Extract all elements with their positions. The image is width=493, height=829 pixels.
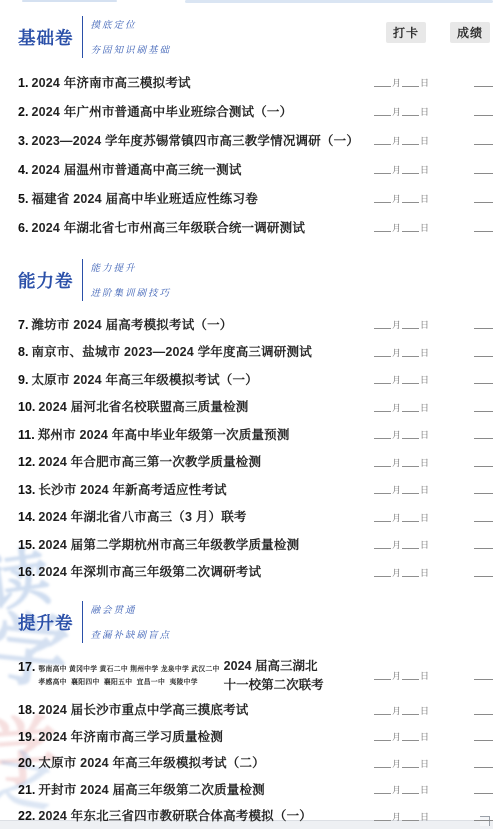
checkin-date-blank[interactable]: 月 日 — [374, 373, 464, 384]
item-number: 16. — [18, 565, 35, 579]
paper-row-main: 8. 南京市、盐城市 2023—2024 学年度高三调研测试 — [18, 342, 356, 360]
day-label: 日 — [420, 79, 429, 88]
score-blank-line[interactable] — [474, 483, 493, 494]
paper-row-main: 12. 2024 年合肥市高三第一次教学质量检测 — [18, 452, 356, 470]
paper-row-main: 10. 2024 届河北省名校联盟高三质量检测 — [18, 397, 356, 415]
section: 能力卷 能力提升 进阶集训刷技巧 7. 潍坊市 2024 届高考模拟考试（一） … — [18, 257, 483, 585]
day-label: 日 — [420, 195, 429, 204]
score-blank[interactable] — [474, 757, 493, 768]
month-blank-line[interactable] — [374, 221, 391, 232]
month-label: 月 — [392, 404, 401, 413]
section: 基础卷 摸底定位 夯固知识刷基础 1. 2024 年济南市高三模拟考试 月 日 … — [18, 14, 483, 241]
item-number: 17. — [18, 660, 35, 674]
score-blank[interactable] — [474, 483, 493, 494]
day-blank-line[interactable] — [402, 373, 419, 384]
month-label: 月 — [392, 733, 401, 742]
score-blank[interactable] — [474, 428, 493, 439]
section: 提升卷 融会贯通 查漏补缺刷盲点 17. 鄂南高中 黄冈中学 黄石二中 荆州中学… — [18, 599, 483, 829]
day-label: 日 — [420, 707, 429, 716]
section-title: 提升卷 — [18, 610, 82, 635]
paper-row: 7. 潍坊市 2024 届高考模拟考试（一） 月 日 — [18, 310, 483, 338]
score-blank[interactable] — [474, 783, 493, 794]
day-blank-line[interactable] — [402, 401, 419, 412]
month-label: 月 — [392, 672, 401, 681]
paper-row-main: 15. 2024 届第二学期杭州市高三年级教学质量检测 — [18, 535, 356, 553]
item-title-multiline: 鄂南高中 黄冈中学 黄石二中 荆州中学 龙泉中学 武汉二中 孝感高中 襄阳四中 … — [38, 656, 323, 693]
paper-row: 5. 福建省 2024 届高中毕业班适应性练习卷 月 日 — [18, 183, 483, 212]
paper-row: 1. 2024 年济南市高三模拟考试 月 日 — [18, 67, 483, 96]
score-blank-line[interactable] — [474, 566, 493, 577]
paper-row-main: 3. 2023—2024 学年度苏锡常镇四市高三教学情况调研（一） — [18, 131, 356, 149]
score-blank-line[interactable] — [474, 456, 493, 467]
checkin-column-badge: 打卡 — [386, 22, 426, 43]
item-number: 18. — [18, 703, 35, 717]
day-label: 日 — [420, 166, 429, 175]
checkin-date-blank[interactable]: 月 日 — [374, 456, 464, 467]
score-blank[interactable] — [474, 669, 493, 680]
month-blank-line[interactable] — [374, 105, 391, 116]
day-label: 日 — [420, 514, 429, 523]
score-blank-line[interactable] — [474, 757, 493, 768]
contents-page: 打卡 成绩 基础卷 摸底定位 夯固知识刷基础 1. 2024 年济南市高三模拟考… — [0, 0, 493, 829]
month-blank-line[interactable] — [374, 704, 391, 715]
paper-list: 基础卷 摸底定位 夯固知识刷基础 1. 2024 年济南市高三模拟考试 月 日 … — [18, 14, 483, 829]
month-blank-line[interactable] — [374, 538, 391, 549]
item-title: 2024 年东北三省四市教研联合体高考模拟（一） — [38, 806, 312, 824]
school-list: 鄂南高中 黄冈中学 黄石二中 荆州中学 龙泉中学 武汉二中 孝感高中 襄阳四中 … — [38, 663, 219, 686]
day-blank-line[interactable] — [402, 192, 419, 203]
paper-row: 9. 太原市 2024 年高三年级模拟考试（一） 月 日 — [18, 365, 483, 393]
section-taglines: 融会贯通 查漏补缺刷盲点 — [82, 601, 172, 643]
score-blank-line[interactable] — [474, 810, 493, 821]
score-blank-line[interactable] — [474, 511, 493, 522]
score-blank-line[interactable] — [474, 76, 493, 87]
paper-row-main: 14. 2024 年湖北省八市高三（3 月）联考 — [18, 507, 356, 525]
day-label: 日 — [420, 321, 429, 330]
item-title: 2024 届温州市普通高中高三统一测试 — [31, 160, 241, 178]
month-blank-line[interactable] — [374, 192, 391, 203]
paper-row: 11. 郑州市 2024 年高中毕业年级第一次质量预测 月 日 — [18, 420, 483, 448]
score-blank-line[interactable] — [474, 704, 493, 715]
paper-row: 18. 2024 届长沙市重点中学高三摸底考试 月 日 — [18, 696, 483, 723]
checkin-date-blank[interactable]: 月 日 — [374, 483, 464, 494]
item-number: 14. — [18, 510, 35, 524]
month-blank-line[interactable] — [374, 566, 391, 577]
section-header: 能力卷 能力提升 进阶集训刷技巧 — [18, 257, 483, 303]
score-blank[interactable] — [474, 730, 493, 741]
item-number: 8. — [18, 345, 28, 359]
paper-row-main: 4. 2024 届温州市普通高中高三统一测试 — [18, 160, 356, 178]
day-blank-line[interactable] — [402, 134, 419, 145]
score-blank-line[interactable] — [474, 538, 493, 549]
month-label: 月 — [392, 486, 401, 495]
item-number: 3. — [18, 134, 28, 148]
item-number: 5. — [18, 192, 28, 206]
month-label: 月 — [392, 349, 401, 358]
day-label: 日 — [420, 349, 429, 358]
section-taglines: 能力提升 进阶集训刷技巧 — [82, 259, 172, 301]
checkin-date-blank[interactable]: 月 日 — [374, 163, 464, 174]
month-blank-line[interactable] — [374, 373, 391, 384]
checkin-date-blank[interactable]: 月 日 — [374, 669, 464, 680]
month-label: 月 — [392, 786, 401, 795]
day-blank-line[interactable] — [402, 566, 419, 577]
day-label: 日 — [420, 404, 429, 413]
column-header: 打卡 成绩 — [0, 22, 493, 42]
score-blank[interactable] — [474, 373, 493, 384]
checkin-date-blank[interactable]: 月 日 — [374, 318, 464, 329]
paper-row: 12. 2024 年合肥市高三第一次教学质量检测 月 日 — [18, 448, 483, 476]
item-title: 南京市、盐城市 2023—2024 学年度高三调研测试 — [31, 342, 311, 360]
score-blank[interactable] — [474, 134, 493, 145]
paper-row: 15. 2024 届第二学期杭州市高三年级教学质量检测 月 日 — [18, 530, 483, 558]
item-title: 2024 年合肥市高三第一次教学质量检测 — [38, 452, 261, 470]
day-label: 日 — [420, 224, 429, 233]
section-title: 能力卷 — [18, 268, 82, 293]
paper-row-main: 16. 2024 年深圳市高三年级第二次调研考试 — [18, 562, 356, 580]
item-title: 2024 年济南市高三模拟考试 — [31, 73, 190, 91]
score-blank[interactable] — [474, 221, 493, 232]
paper-row: 13. 长沙市 2024 年新高考适应性考试 月 日 — [18, 475, 483, 503]
paper-row: 3. 2023—2024 学年度苏锡常镇四市高三教学情况调研（一） 月 日 — [18, 125, 483, 154]
day-blank-line[interactable] — [402, 483, 419, 494]
month-blank-line[interactable] — [374, 483, 391, 494]
month-label: 月 — [392, 514, 401, 523]
day-label: 日 — [420, 376, 429, 385]
score-blank[interactable] — [474, 456, 493, 467]
day-blank-line[interactable] — [402, 428, 419, 439]
paper-row: 22. 2024 年东北三省四市教研联合体高考模拟（一） 月 日 — [18, 802, 483, 829]
paper-row-main: 17. 鄂南高中 黄冈中学 黄石二中 荆州中学 龙泉中学 武汉二中 孝感高中 襄… — [18, 656, 356, 693]
month-label: 月 — [392, 813, 401, 822]
day-label: 日 — [420, 431, 429, 440]
item-title: 2024 届长沙市重点中学高三摸底考试 — [38, 700, 248, 718]
day-blank-line[interactable] — [402, 511, 419, 522]
item-number: 22. — [18, 809, 35, 823]
item-number: 21. — [18, 783, 35, 797]
paper-row-main: 18. 2024 届长沙市重点中学高三摸底考试 — [18, 700, 356, 718]
item-title: 潍坊市 2024 届高考模拟考试（一） — [31, 315, 232, 333]
month-blank-line[interactable] — [374, 511, 391, 522]
section-tagline-1: 能力提升 — [91, 260, 172, 274]
checkin-date-blank[interactable]: 月 日 — [374, 757, 464, 768]
big-line-1: 2024 届高三湖北 — [224, 656, 324, 674]
schools-line-1: 鄂南高中 黄冈中学 黄石二中 荆州中学 龙泉中学 武汉二中 — [38, 663, 219, 673]
item-title: 郑州市 2024 年高中毕业年级第一次质量预测 — [38, 425, 290, 443]
month-blank-line[interactable] — [374, 163, 391, 174]
score-blank-line[interactable] — [474, 401, 493, 412]
item-number: 13. — [18, 483, 35, 497]
score-blank-line[interactable] — [474, 669, 493, 680]
paper-row-main: 6. 2024 年湖北省七市州高三年级联合统一调研测试 — [18, 218, 356, 236]
day-label: 日 — [420, 786, 429, 795]
month-label: 月 — [392, 321, 401, 330]
score-blank-line[interactable] — [474, 105, 493, 116]
checkin-date-blank[interactable]: 月 日 — [374, 704, 464, 715]
checkin-date-blank[interactable]: 月 日 — [374, 192, 464, 203]
score-blank[interactable] — [474, 810, 493, 821]
big-line-2: 十一校第二次联考 — [224, 675, 324, 693]
month-blank-line[interactable] — [374, 730, 391, 741]
month-blank-line[interactable] — [374, 318, 391, 329]
day-blank-line[interactable] — [402, 456, 419, 467]
day-label: 日 — [420, 733, 429, 742]
score-blank[interactable] — [474, 76, 493, 87]
month-label: 月 — [392, 541, 401, 550]
checkin-date-blank[interactable]: 月 日 — [374, 428, 464, 439]
score-blank-line[interactable] — [474, 163, 493, 174]
checkin-date-blank[interactable]: 月 日 — [374, 538, 464, 549]
score-blank-line[interactable] — [474, 318, 493, 329]
paper-row-main: 22. 2024 年东北三省四市教研联合体高考模拟（一） — [18, 806, 356, 824]
paper-row: 2. 2024 年广州市普通高中毕业班综合测试（一） 月 日 — [18, 96, 483, 125]
month-label: 月 — [392, 224, 401, 233]
item-title: 福建省 2024 届高中毕业班适应性练习卷 — [31, 189, 257, 207]
item-title: 开封市 2024 届高三年级第二次质量检测 — [38, 780, 264, 798]
item-title: 2024 年湖北省七市州高三年级联合统一调研测试 — [31, 218, 305, 236]
score-blank-line[interactable] — [474, 730, 493, 741]
item-title: 2024 年深圳市高三年级第二次调研考试 — [38, 562, 261, 580]
section-items: 7. 潍坊市 2024 届高考模拟考试（一） 月 日 8. 南京市、盐城市 20… — [18, 310, 483, 585]
item-title: 太原市 2024 年高三年级模拟考试（二） — [38, 753, 264, 771]
month-blank-line[interactable] — [374, 76, 391, 87]
day-blank-line[interactable] — [402, 783, 419, 794]
item-title: 长沙市 2024 年新高考适应性考试 — [38, 480, 226, 498]
paper-row: 16. 2024 年深圳市高三年级第二次调研考试 月 日 — [18, 558, 483, 586]
month-label: 月 — [392, 137, 401, 146]
day-label: 日 — [420, 813, 429, 822]
month-label: 月 — [392, 459, 401, 468]
item-number: 20. — [18, 756, 35, 770]
day-label: 日 — [420, 760, 429, 769]
day-blank-line[interactable] — [402, 105, 419, 116]
item-title: 太原市 2024 年高三年级模拟考试（一） — [31, 370, 257, 388]
day-label: 日 — [420, 672, 429, 681]
item-number: 12. — [18, 455, 35, 469]
item-title: 2024 届第二学期杭州市高三年级教学质量检测 — [38, 535, 299, 553]
month-blank-line[interactable] — [374, 346, 391, 357]
paper-row-main: 20. 太原市 2024 年高三年级模拟考试（二） — [18, 753, 356, 771]
score-blank[interactable] — [474, 163, 493, 174]
day-blank-line[interactable] — [402, 730, 419, 741]
score-blank-line[interactable] — [474, 221, 493, 232]
paper-row: 8. 南京市、盐城市 2023—2024 学年度高三调研测试 月 日 — [18, 338, 483, 366]
day-blank-line[interactable] — [402, 346, 419, 357]
month-blank-line[interactable] — [374, 456, 391, 467]
item-number: 15. — [18, 538, 35, 552]
item-number: 9. — [18, 373, 28, 387]
paper-row: 6. 2024 年湖北省七市州高三年级联合统一调研测试 月 日 — [18, 212, 483, 241]
month-label: 月 — [392, 760, 401, 769]
checkin-date-blank[interactable]: 月 日 — [374, 730, 464, 741]
day-label: 日 — [420, 137, 429, 146]
month-blank-line[interactable] — [374, 669, 391, 680]
month-blank-line[interactable] — [374, 428, 391, 439]
month-label: 月 — [392, 431, 401, 440]
item-title: 2024 届河北省名校联盟高三质量检测 — [38, 397, 248, 415]
score-blank[interactable] — [474, 346, 493, 357]
day-label: 日 — [420, 108, 429, 117]
paper-row: 14. 2024 年湖北省八市高三（3 月）联考 月 日 — [18, 503, 483, 531]
paper-row-main: 1. 2024 年济南市高三模拟考试 — [18, 73, 356, 91]
month-label: 月 — [392, 195, 401, 204]
score-blank-line[interactable] — [474, 192, 493, 203]
paper-row: 21. 开封市 2024 届高三年级第二次质量检测 月 日 — [18, 776, 483, 803]
paper-row-main: 7. 潍坊市 2024 届高考模拟考试（一） — [18, 315, 356, 333]
score-blank[interactable] — [474, 192, 493, 203]
item-number: 1. — [18, 76, 28, 90]
schools-line-2: 孝感高中 襄阳四中 襄阳五中 宜昌一中 夷陵中学 — [38, 676, 219, 686]
paper-row: 10. 2024 届河北省名校联盟高三质量检测 月 日 — [18, 393, 483, 421]
section-items: 1. 2024 年济南市高三模拟考试 月 日 2. 2024 年广州市普通高中毕… — [18, 67, 483, 241]
section-tagline-1: 融会贯通 — [91, 602, 172, 616]
month-blank-line[interactable] — [374, 757, 391, 768]
day-blank-line[interactable] — [402, 163, 419, 174]
month-label: 月 — [392, 376, 401, 385]
score-blank[interactable] — [474, 105, 493, 116]
item-number: 19. — [18, 730, 35, 744]
day-label: 日 — [420, 569, 429, 578]
item-title-big: 2024 届高三湖北 十一校第二次联考 — [224, 656, 324, 693]
section-tagline-2: 查漏补缺刷盲点 — [91, 627, 172, 641]
section-tagline-2: 进阶集训刷技巧 — [91, 285, 172, 299]
month-blank-line[interactable] — [374, 783, 391, 794]
score-blank[interactable] — [474, 704, 493, 715]
paper-row: 20. 太原市 2024 年高三年级模拟考试（二） 月 日 — [18, 749, 483, 776]
day-blank-line[interactable] — [402, 810, 419, 821]
day-blank-line[interactable] — [402, 757, 419, 768]
paper-row-main: 2. 2024 年广州市普通高中毕业班综合测试（一） — [18, 102, 356, 120]
paper-row: 17. 鄂南高中 黄冈中学 黄石二中 荆州中学 龙泉中学 武汉二中 孝感高中 襄… — [18, 652, 483, 696]
paper-row-main: 11. 郑州市 2024 年高中毕业年级第一次质量预测 — [18, 425, 356, 443]
score-blank[interactable] — [474, 318, 493, 329]
day-blank-line[interactable] — [402, 669, 419, 680]
month-label: 月 — [392, 79, 401, 88]
checkin-date-blank[interactable]: 月 日 — [374, 566, 464, 577]
item-number: 4. — [18, 163, 28, 177]
score-blank-line[interactable] — [474, 134, 493, 145]
checkin-date-blank[interactable]: 月 日 — [374, 76, 464, 87]
checkin-date-blank[interactable]: 月 日 — [374, 401, 464, 412]
score-blank-line[interactable] — [474, 428, 493, 439]
month-label: 月 — [392, 569, 401, 578]
item-number: 6. — [18, 221, 28, 235]
item-number: 2. — [18, 105, 28, 119]
month-blank-line[interactable] — [374, 401, 391, 412]
month-label: 月 — [392, 166, 401, 175]
checkin-date-blank[interactable]: 月 日 — [374, 105, 464, 116]
section-header: 提升卷 融会贯通 查漏补缺刷盲点 — [18, 599, 483, 645]
checkin-date-blank[interactable]: 月 日 — [374, 346, 464, 357]
day-blank-line[interactable] — [402, 704, 419, 715]
item-number: 10. — [18, 400, 35, 414]
month-label: 月 — [392, 707, 401, 716]
section-items: 17. 鄂南高中 黄冈中学 黄石二中 荆州中学 龙泉中学 武汉二中 孝感高中 襄… — [18, 652, 483, 829]
score-blank-line[interactable] — [474, 346, 493, 357]
checkin-date-blank[interactable]: 月 日 — [374, 810, 464, 821]
month-blank-line[interactable] — [374, 810, 391, 821]
paper-row-main: 19. 2024 年济南市高三学习质量检测 — [18, 727, 356, 745]
item-number: 7. — [18, 318, 28, 332]
paper-row-main: 5. 福建省 2024 届高中毕业班适应性练习卷 — [18, 189, 356, 207]
item-title: 2024 年济南市高三学习质量检测 — [38, 727, 223, 745]
day-blank-line[interactable] — [402, 221, 419, 232]
checkin-date-blank[interactable]: 月 日 — [374, 511, 464, 522]
score-blank[interactable] — [474, 401, 493, 412]
score-blank[interactable] — [474, 538, 493, 549]
checkin-date-blank[interactable]: 月 日 — [374, 783, 464, 794]
paper-row-main: 21. 开封市 2024 届高三年级第二次质量检测 — [18, 780, 356, 798]
score-column-badge: 成绩 — [450, 22, 490, 43]
checkin-date-blank[interactable]: 月 日 — [374, 221, 464, 232]
item-title: 2024 年广州市普通高中毕业班综合测试（一） — [31, 102, 292, 120]
paper-row: 4. 2024 届温州市普通高中高三统一测试 月 日 — [18, 154, 483, 183]
month-blank-line[interactable] — [374, 134, 391, 145]
paper-row-main: 13. 长沙市 2024 年新高考适应性考试 — [18, 480, 356, 498]
score-blank-line[interactable] — [474, 373, 493, 384]
day-label: 日 — [420, 541, 429, 550]
paper-row-main: 9. 太原市 2024 年高三年级模拟考试（一） — [18, 370, 356, 388]
day-blank-line[interactable] — [402, 538, 419, 549]
score-blank[interactable] — [474, 566, 493, 577]
day-blank-line[interactable] — [402, 318, 419, 329]
day-label: 日 — [420, 459, 429, 468]
item-title: 2023—2024 学年度苏锡常镇四市高三教学情况调研（一） — [31, 131, 356, 149]
section-tagline-2: 夯固知识刷基础 — [91, 42, 172, 56]
month-label: 月 — [392, 108, 401, 117]
day-label: 日 — [420, 486, 429, 495]
score-blank[interactable] — [474, 511, 493, 522]
checkin-date-blank[interactable]: 月 日 — [374, 134, 464, 145]
score-blank-line[interactable] — [474, 783, 493, 794]
item-title: 2024 年湖北省八市高三（3 月）联考 — [38, 507, 246, 525]
item-number: 11. — [18, 428, 35, 442]
day-blank-line[interactable] — [402, 76, 419, 87]
paper-row: 19. 2024 年济南市高三学习质量检测 月 日 — [18, 723, 483, 750]
